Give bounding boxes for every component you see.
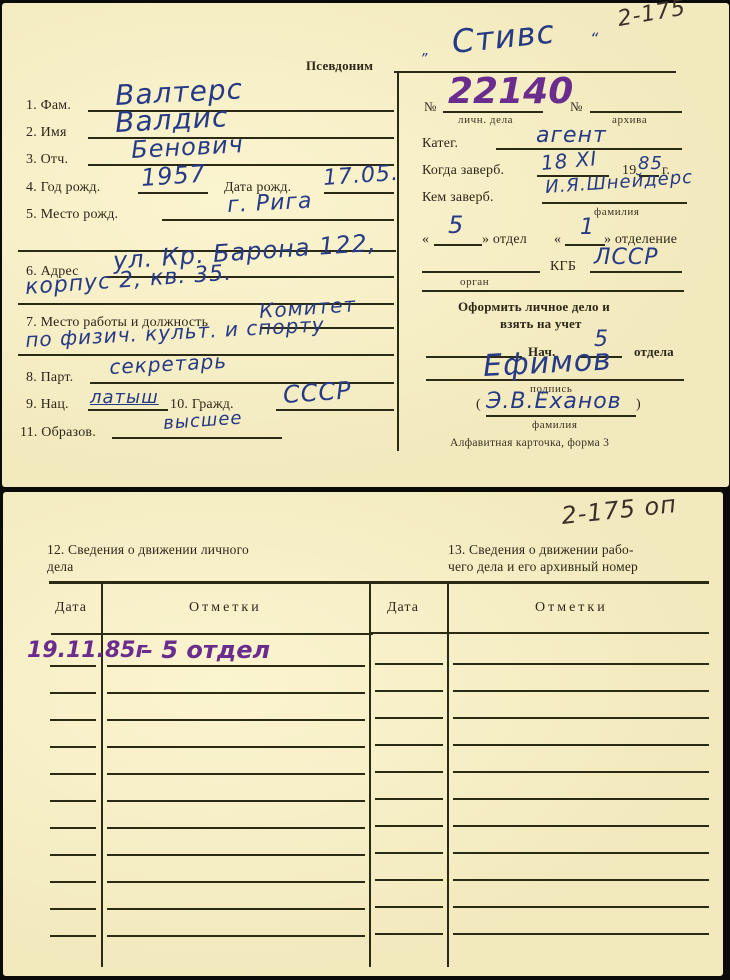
recruited-by-label: Кем заверб. [422,190,494,206]
birth-date-value[interactable]: 17.05. [322,161,400,191]
left-row-1-note[interactable]: – 5 отдел [141,636,270,664]
category-value[interactable]: агент [536,123,607,148]
subdept-value[interactable]: 1 [580,215,595,240]
instruction-line1: Оформить личное дело и [458,299,610,315]
field-5-line [162,219,394,221]
right-header-date: Дата [387,600,419,616]
section-13-title-line1: 13. Сведения о движении рабо- [448,542,634,558]
field-8-label: 8. Парт. [26,370,73,386]
kgb-line [590,271,682,273]
birth-place-value[interactable]: г. Рига [227,189,313,218]
left-header-underline [51,633,373,635]
archive-no-symbol: № [570,99,583,115]
right-header-underline [369,632,709,634]
chief-surname-value[interactable]: Э.В.Еханов [486,389,622,414]
surname-caption: фамилия [532,419,578,431]
corner-archive-note: 2-175 [616,0,688,32]
birth-year-line [138,192,208,194]
subdept-open-quote: « [554,232,561,248]
surname-paren-open: ( [476,397,481,413]
field-4-label: 4. Год рожд. [26,180,100,196]
kgb-value[interactable]: ЛССР [594,245,659,270]
organ-caption: орган [460,276,489,288]
recruited-when-value[interactable]: 18 XI [540,146,598,175]
archive-no-caption: архива [612,114,647,126]
section-13-title-line2: чего дела и его архивный номер [448,559,638,575]
category-label: Катег. [422,136,458,152]
birth-year-value[interactable]: 1957 [140,160,207,192]
citizenship-value[interactable]: СССР [282,376,353,409]
recruited-when-label: Когда заверб. [422,163,504,179]
recruited-by-caption: фамилия [594,206,640,218]
field-9-label: 9. Нац. [26,397,69,413]
patronymic-value[interactable]: Бенович [131,130,245,164]
birth-date-line [324,192,394,194]
surname-line [486,415,636,417]
field-1-label: 1. Фам. [26,98,71,114]
right-date-col-separator [447,584,449,967]
organ-underline [422,290,684,292]
personal-file-no-symbol: № [424,99,437,115]
left-header-notes: Отметки [189,600,262,616]
signature-value[interactable]: Ефимов [482,342,612,384]
field-2-label: 2. Имя [26,125,67,141]
dept-open-quote: « [422,232,429,248]
right-header-notes: Отметки [535,600,608,616]
education-line [112,437,282,439]
corner-archive-note: 2-175 оп [560,490,678,530]
pseudonym-open-quote: „ [422,43,430,59]
dept-line [434,244,482,246]
position-value[interactable]: секретарь [109,349,228,379]
kgb-label: КГБ [550,259,576,275]
chief-dept-label: отдела [634,344,674,360]
field-5-label: 5. Место рожд. [26,207,118,223]
pseudonym-close-quote: “ [590,29,599,48]
organ-line [422,271,540,273]
archive-no-line [590,111,682,113]
field-11-label: 11. Образов. [20,425,96,441]
personal-file-no-caption: личн. дела [458,114,513,126]
column-divider [397,73,399,451]
nationality-value[interactable]: латыш [90,387,159,408]
section-12-title-line2: дела [47,559,73,575]
dept-label: » отдел [482,232,527,248]
left-row-1-date[interactable]: 19.11.85г [27,638,147,663]
field-3-label: 3. Отч. [26,152,68,168]
table-top-rule [49,581,709,584]
form-caption: Алфавитная карточка, форма 3 [450,437,609,449]
surname-paren-close: ) [636,397,641,413]
center-col-separator [369,584,371,967]
personal-file-no-value[interactable]: 22140 [448,71,573,112]
instruction-line2: взять на учет [500,316,582,332]
citizenship-line [276,409,394,411]
alphabetical-card-front: 2-175 Псевдоним „ Стивс “ 1. Фам. Валтер… [2,3,729,487]
pseudonym-value[interactable]: Стивс [450,12,557,61]
education-value[interactable]: высшее [163,408,244,434]
alphabetical-card-back: 2-175 оп 12. Сведения о движении личного… [3,492,723,976]
pseudonym-label: Псевдоним [306,58,373,74]
dept-value[interactable]: 5 [448,211,464,239]
left-header-date: Дата [55,600,87,616]
nationality-line [88,409,168,411]
section-12-title-line1: 12. Сведения о движении личного [47,542,249,558]
recruited-by-line [542,202,687,204]
